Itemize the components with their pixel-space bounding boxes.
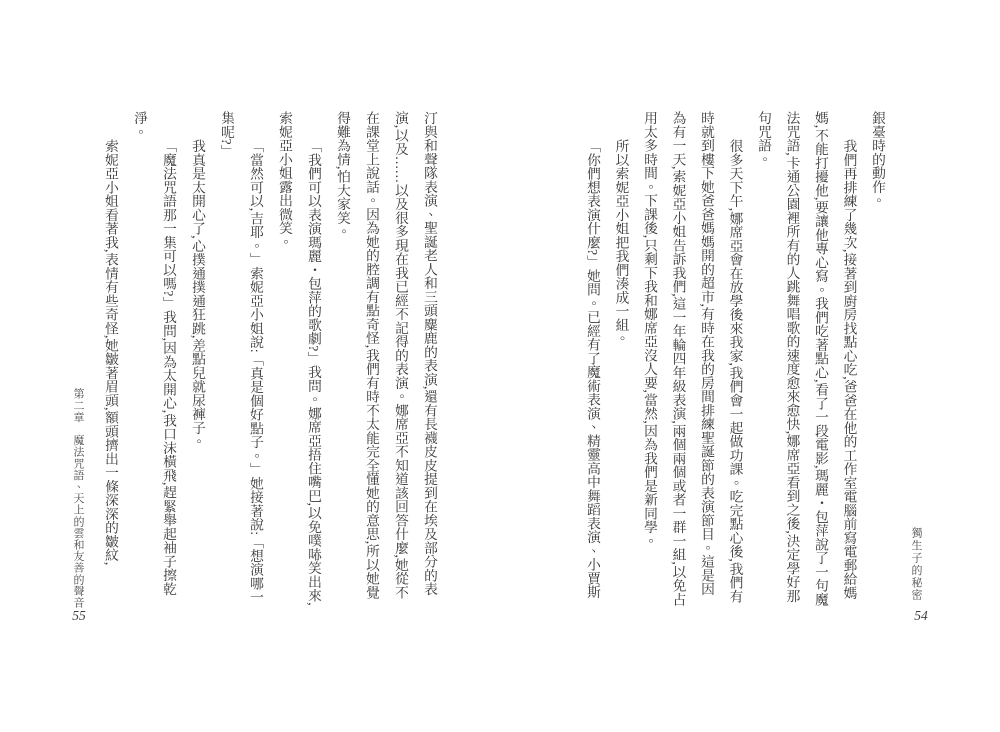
book-photo: { "colors": { "paper": "#ffffff", "ink":… — [0, 0, 1000, 732]
paragraph: 「當然可以,吉耶。」索妮亞小姐說:「真是個好點子。」她接著說:「想演哪一集呢?」 — [212, 111, 270, 606]
paragraph: 所以索妮亞小姐把我們湊成一組。 — [606, 111, 635, 606]
page-number-55: 55 — [66, 608, 92, 624]
paragraph: 很多天下午,娜席亞會在放學後來我家,我們會一起做功課。吃完點心後,我們有時就到樓… — [635, 111, 749, 606]
page-55-text-block: 汀與和聲隊表演、聖誕老人和三頭麋鹿的表演,還有長襪皮皮提到在埃及部分的表演,以及… — [96, 111, 444, 606]
page-54-text-block: 銀臺時的動作。 我們再排練了幾次,接著到廚房找點心吃,爸爸在他的工作室電腦前寫電… — [549, 111, 891, 606]
running-footer-book-title: 獨生子的秘密 — [908, 527, 923, 601]
paragraph: 索妮亞小姐看著我,表情有些奇怪,她皺著眉頭,額頭擠出一條深深的皺紋, — [96, 111, 125, 606]
paragraph-continuation: 汀與和聲隊表演、聖誕老人和三頭麋鹿的表演,還有長襪皮皮提到在埃及部分的表演,以及… — [328, 111, 444, 606]
paragraph: 「魔法咒語那一集可以嗎?」我問,因為太開心,我口沫橫飛,趕緊舉起袖子擦乾淨。 — [125, 111, 183, 606]
paragraph: 「你們想表演什麼?」她問。已經有了魔術表演、精靈高中舞蹈表演、小賈斯 — [578, 111, 607, 606]
running-footer-chapter-title: 第二章 魔法咒語、天上的雲和友善的聲音 — [70, 388, 85, 608]
book-spread: 銀臺時的動作。 我們再排練了幾次,接著到廚房找點心吃,爸爸在他的工作室電腦前寫電… — [0, 0, 1000, 732]
paragraph-continuation: 銀臺時的動作。 — [863, 111, 892, 606]
paragraph: 我們再排練了幾次,接著到廚房找點心吃,爸爸在他的工作室電腦前寫電郵給媽媽,不能打… — [749, 111, 863, 606]
page-number-54: 54 — [908, 608, 934, 624]
paragraph: 我真是太開心了,心撲通撲通狂跳,差點兒就尿褲子。 — [183, 111, 212, 606]
paragraph: 「我們可以表演瑪麗・包萍的歌劇?」我問。娜席亞捂住嘴巴,以免噗哧笑出來,索妮亞小… — [270, 111, 328, 606]
